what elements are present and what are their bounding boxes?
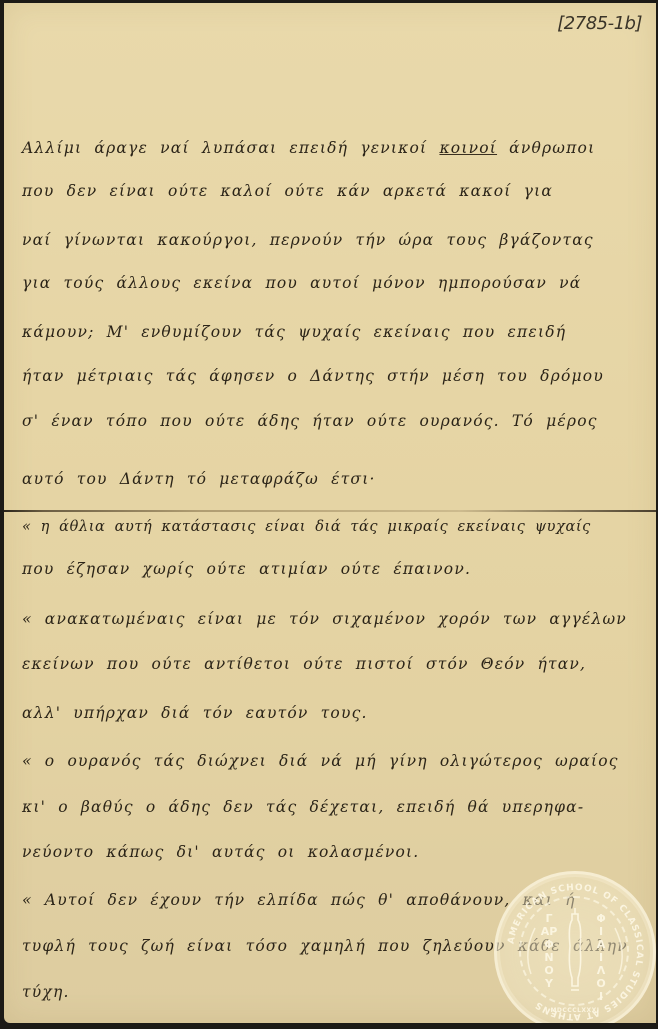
archive-reference-number: [2785-1b] <box>557 13 642 34</box>
manuscript-line-9: « η άθλια αυτή κατάστασις είναι διά τάς … <box>22 519 591 535</box>
stamp-year: MDCCCLXXXI <box>497 1007 653 1014</box>
line-1-part-a: Αλλίμι άραγε ναί λυπάσαι επειδή γενικοί <box>22 139 439 157</box>
manuscript-line-12: εκείνων που ούτε αντίθετοι ούτε πιστοί σ… <box>22 655 586 673</box>
stamp-right-letters: ΦΙΑΙΛΟΙ <box>591 912 611 1003</box>
stamp-left-letters: ΓΑΡΦΝΟΥ <box>539 912 559 990</box>
manuscript-line-5: κάμουν; Μ' ενθυμίζουν τάς ψυχαίς εκείναι… <box>22 323 566 341</box>
manuscript-page: [2785-1b] Αλλίμι άραγε ναί λυπάσαι επειδ… <box>4 3 656 1023</box>
manuscript-line-6: ήταν μέτριαις τάς άφησεν ο Δάντης στήν μ… <box>22 367 604 385</box>
manuscript-line-19: τύχη. <box>22 983 70 1001</box>
amphora-vase-icon <box>567 906 583 992</box>
manuscript-line-10: που έζησαν χωρίς ούτε ατιμίαν ούτε έπαιν… <box>22 560 471 578</box>
manuscript-line-13: αλλ' υπήρχαν διά τόν εαυτόν τους. <box>22 704 368 722</box>
manuscript-line-8: αυτό του Δάντη τό μεταφράζω έτσι· <box>22 470 376 488</box>
manuscript-line-15: κι' ο βαθύς ο άδης δεν τάς δέχεται, επει… <box>22 798 584 816</box>
line-1-part-b: άνθρωποι <box>497 139 595 157</box>
library-seal-stamp: AMERICAN SCHOOL OF CLASSICAL STUDIES AT … <box>494 871 656 1023</box>
manuscript-line-1: Αλλίμι άραγε ναί λυπάσαι επειδή γενικοί … <box>22 139 595 157</box>
manuscript-line-16: νεύοντο κάπως δι' αυτάς οι κολασμένοι. <box>22 843 419 861</box>
paper-fold-line <box>4 510 656 512</box>
manuscript-line-14: « ο ουρανός τάς διώχνει διά νά μή γίνη ο… <box>22 752 619 770</box>
manuscript-line-4: για τούς άλλους εκείνα που αυτοί μόνον η… <box>22 274 581 292</box>
underlined-word: κοινοί <box>439 139 497 157</box>
manuscript-line-7: σ' έναν τόπο που ούτε άδης ήταν ούτε ουρ… <box>22 412 598 430</box>
manuscript-line-2: που δεν είναι ούτε καλοί ούτε κάν αρκετά… <box>22 182 553 200</box>
manuscript-line-3: ναί γίνωνται κακούργοι, περνούν τήν ώρα … <box>22 231 594 249</box>
manuscript-line-17: « Αυτοί δεν έχουν τήν ελπίδα πώς θ' αποθ… <box>22 891 576 909</box>
manuscript-line-11: « ανακατωμέναις είναι με τόν σιχαμένον χ… <box>22 610 627 628</box>
